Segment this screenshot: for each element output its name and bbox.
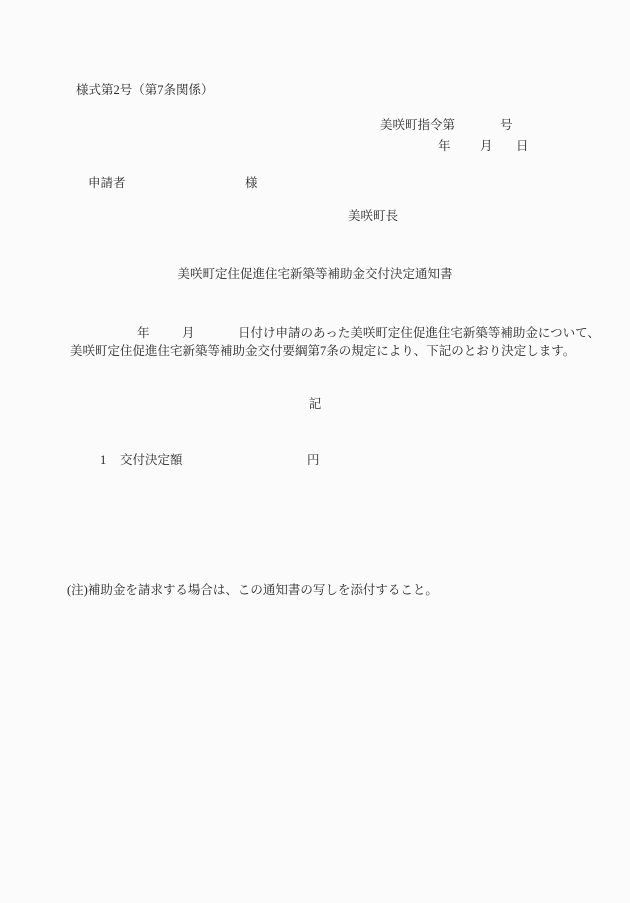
date-line: 年 月 日	[0, 138, 630, 154]
form-number-label: 様式第2号（第7条関係）	[76, 82, 214, 98]
directive-number-suffix: 号	[500, 117, 513, 133]
item-number: 1	[100, 452, 106, 468]
directive-number-line: 美咲町指令第 号	[0, 117, 630, 133]
date-day-label: 日	[516, 138, 529, 154]
item-label: 交付決定額	[120, 452, 183, 468]
document-page: 様式第2号（第7条関係） 美咲町指令第 号 年 月 日 申請者 様 美咲町長 美…	[0, 0, 630, 903]
addressee-honorific: 様	[245, 175, 258, 191]
addressee-line: 申請者 様	[0, 175, 630, 191]
document-title: 美咲町定住促進住宅新築等補助金交付決定通知書	[0, 266, 630, 282]
addressee-label: 申請者	[88, 175, 126, 191]
item-row-grant-amount: 1 交付決定額 円	[0, 452, 630, 468]
body-paragraph-line2: 美咲町定住促進住宅新築等補助金交付要綱第7条の規定により、下記のとおり決定します…	[70, 343, 575, 359]
item-unit-yen: 円	[307, 452, 320, 468]
footnote: (注)補助金を請求する場合は、この通知書の写しを添付すること。	[67, 582, 438, 598]
body-line1-text: 日付け申請のあった美咲町定住促進住宅新築等補助金について、	[238, 325, 600, 341]
sender-name: 美咲町長	[348, 208, 398, 224]
body-paragraph-line1: 年 月 日付け申請のあった美咲町定住促進住宅新築等補助金について、	[0, 325, 630, 341]
date-month-label: 月	[480, 138, 493, 154]
body-year-label: 年	[137, 325, 150, 341]
body-month-label: 月	[182, 325, 195, 341]
record-marker: 記	[0, 396, 630, 412]
date-year-label: 年	[438, 138, 451, 154]
directive-number-prefix: 美咲町指令第	[380, 117, 455, 133]
